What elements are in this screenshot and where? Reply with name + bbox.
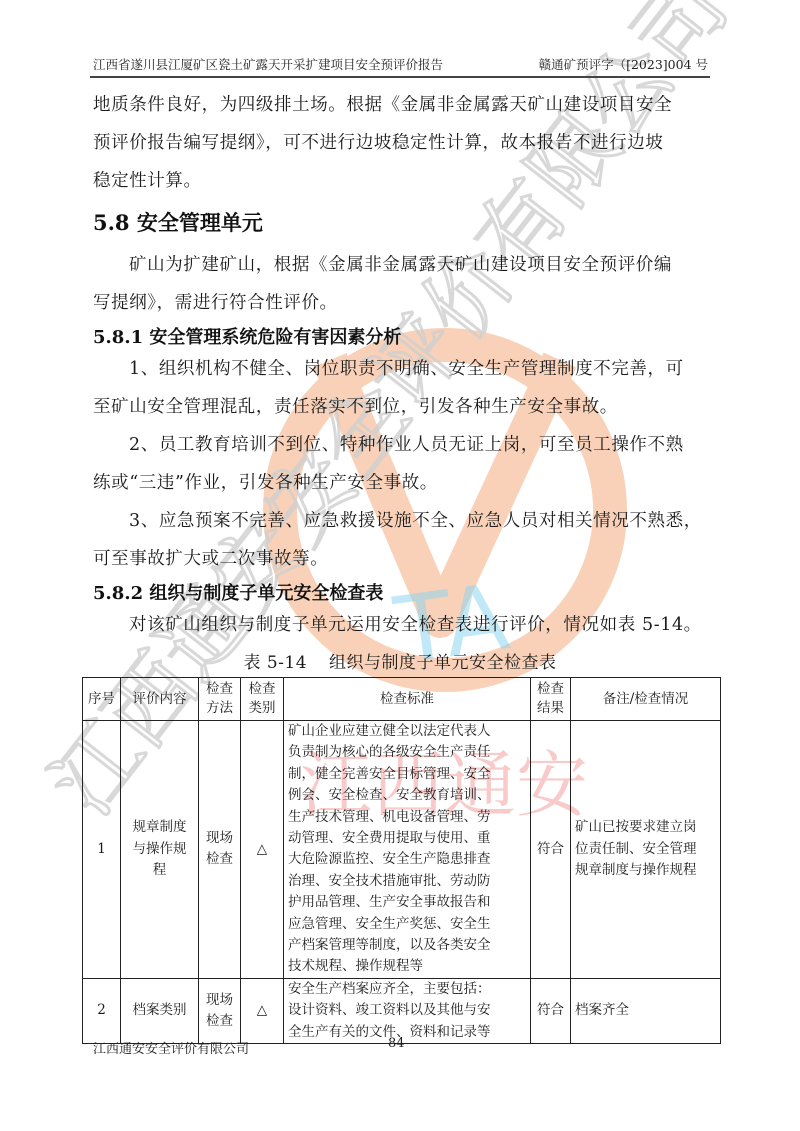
table-row: 2 档案类别 现场检查 △ 安全生产档案应齐全，主要包括： 设计资料、竣工资料以… [83, 978, 721, 1043]
table-caption: 表 5-14组织与制度子单元安全检查表 [0, 648, 800, 673]
safety-checklist-table: 序号 评价内容 检查方法 检查类别 检查标准 检查结果 备注/检查情况 1 规章… [82, 677, 721, 1044]
column-header-no: 序号 [83, 678, 121, 721]
cell-no: 1 [83, 721, 121, 979]
column-header-note: 备注/检查情况 [571, 678, 721, 721]
list-item: 1、组织机构不健全、岗位职责不明确、安全生产管理制度不完善，可 [93, 350, 713, 388]
footer-company: 江西通安安全评价有限公司 [93, 1038, 249, 1057]
list-item-continuation: 可至事故扩大或二次事故等。 [93, 540, 713, 578]
page-header: 江西省遂川县江厦矿区瓷土矿露天开采扩建项目安全预评价报告 赣通矿预评字（[202… [90, 50, 710, 78]
cell-note: 档案齐全 [571, 978, 721, 1043]
table-row: 1 规章制度与操作规程 现场检查 △ 矿山企业应建立健全以法定代表人 负责制为核… [83, 721, 721, 979]
cell-result: 符合 [531, 978, 571, 1043]
section-5-8-2-paragraph: 对该矿山组织与制度子单元运用安全检查表进行评价，情况如表 5-14。 [93, 606, 713, 644]
text-line: 矿山为扩建矿山，根据《金属非金属露天矿山建设项目安全预评价编 [93, 246, 713, 284]
cell-result: 符合 [531, 721, 571, 979]
column-header-method: 检查方法 [199, 678, 241, 721]
document-number: 赣通矿预评字（[2023]004 号 [539, 55, 708, 73]
text-line: 写提纲》，需进行符合性评价。 [93, 284, 713, 322]
cell-category-triangle-icon: △ [241, 721, 284, 979]
list-item: 2、员工教育培训不到位、特种作业人员无证上岗，可至员工操作不熟 [93, 426, 713, 464]
text-line: 稳定性计算。 [93, 162, 713, 200]
list-item: 3、应急预案不完善、应急救援设施不全、应急人员对相关情况不熟悉， [93, 502, 713, 540]
section-heading-5-8-2: 5.8.2 组织与制度子单元安全检查表 [93, 579, 383, 605]
table-title: 组织与制度子单元安全检查表 [329, 653, 557, 673]
cell-content: 规章制度与操作规程 [121, 721, 199, 979]
cell-method: 现场检查 [199, 978, 241, 1043]
cell-no: 2 [83, 978, 121, 1043]
cell-note: 矿山已按要求建立岗 位责任制、安全管理 规章制度与操作规程 [571, 721, 721, 979]
report-title: 江西省遂川县江厦矿区瓷土矿露天开采扩建项目安全预评价报告 [93, 55, 443, 73]
section-heading-5-8-1: 5.8.1 安全管理系统危险有害因素分析 [93, 323, 401, 349]
cell-standard: 矿山企业应建立健全以法定代表人 负责制为核心的各级安全生产责任 制，健全完善安全… [284, 721, 531, 979]
cell-standard: 安全生产档案应齐全，主要包括： 设计资料、竣工资料以及其他与安 全生产有关的文件… [284, 978, 531, 1043]
cell-method: 现场检查 [199, 721, 241, 979]
cell-content: 档案类别 [121, 978, 199, 1043]
column-header-category: 检查类别 [241, 678, 284, 721]
column-header-content: 评价内容 [121, 678, 199, 721]
column-header-result: 检查结果 [531, 678, 571, 721]
table-number: 表 5-14 [243, 653, 307, 673]
list-item-continuation: 练或“三违”作业，引发各种生产安全事故。 [93, 464, 713, 502]
list-item-continuation: 至矿山安全管理混乱，责任落实不到位，引发各种生产安全事故。 [93, 388, 713, 426]
table-header-row: 序号 评价内容 检查方法 检查类别 检查标准 检查结果 备注/检查情况 [83, 678, 721, 721]
text-line: 对该矿山组织与制度子单元运用安全检查表进行评价，情况如表 5-14。 [93, 606, 713, 644]
cell-category-triangle-icon: △ [241, 978, 284, 1043]
hazard-list: 1、组织机构不健全、岗位职责不明确、安全生产管理制度不完善，可 至矿山安全管理混… [93, 350, 713, 578]
text-line: 预评价报告编写提纲》，可不进行边坡稳定性计算，故本报告不进行边坡 [93, 124, 713, 162]
section-heading-5-8: 5.8 安全管理单元 [93, 207, 263, 237]
intro-paragraph: 地质条件良好，为四级排土场。根据《金属非金属露天矿山建设项目安全 预评价报告编写… [93, 86, 713, 200]
document-page: 江西省遂川县江厦矿区瓷土矿露天开采扩建项目安全预评价报告 赣通矿预评字（[202… [0, 0, 800, 1131]
section-5-8-paragraph: 矿山为扩建矿山，根据《金属非金属露天矿山建设项目安全预评价编 写提纲》，需进行符… [93, 246, 713, 322]
text-line: 地质条件良好，为四级排土场。根据《金属非金属露天矿山建设项目安全 [93, 86, 713, 124]
page-number: 84 [388, 1036, 405, 1051]
column-header-standard: 检查标准 [284, 678, 531, 721]
